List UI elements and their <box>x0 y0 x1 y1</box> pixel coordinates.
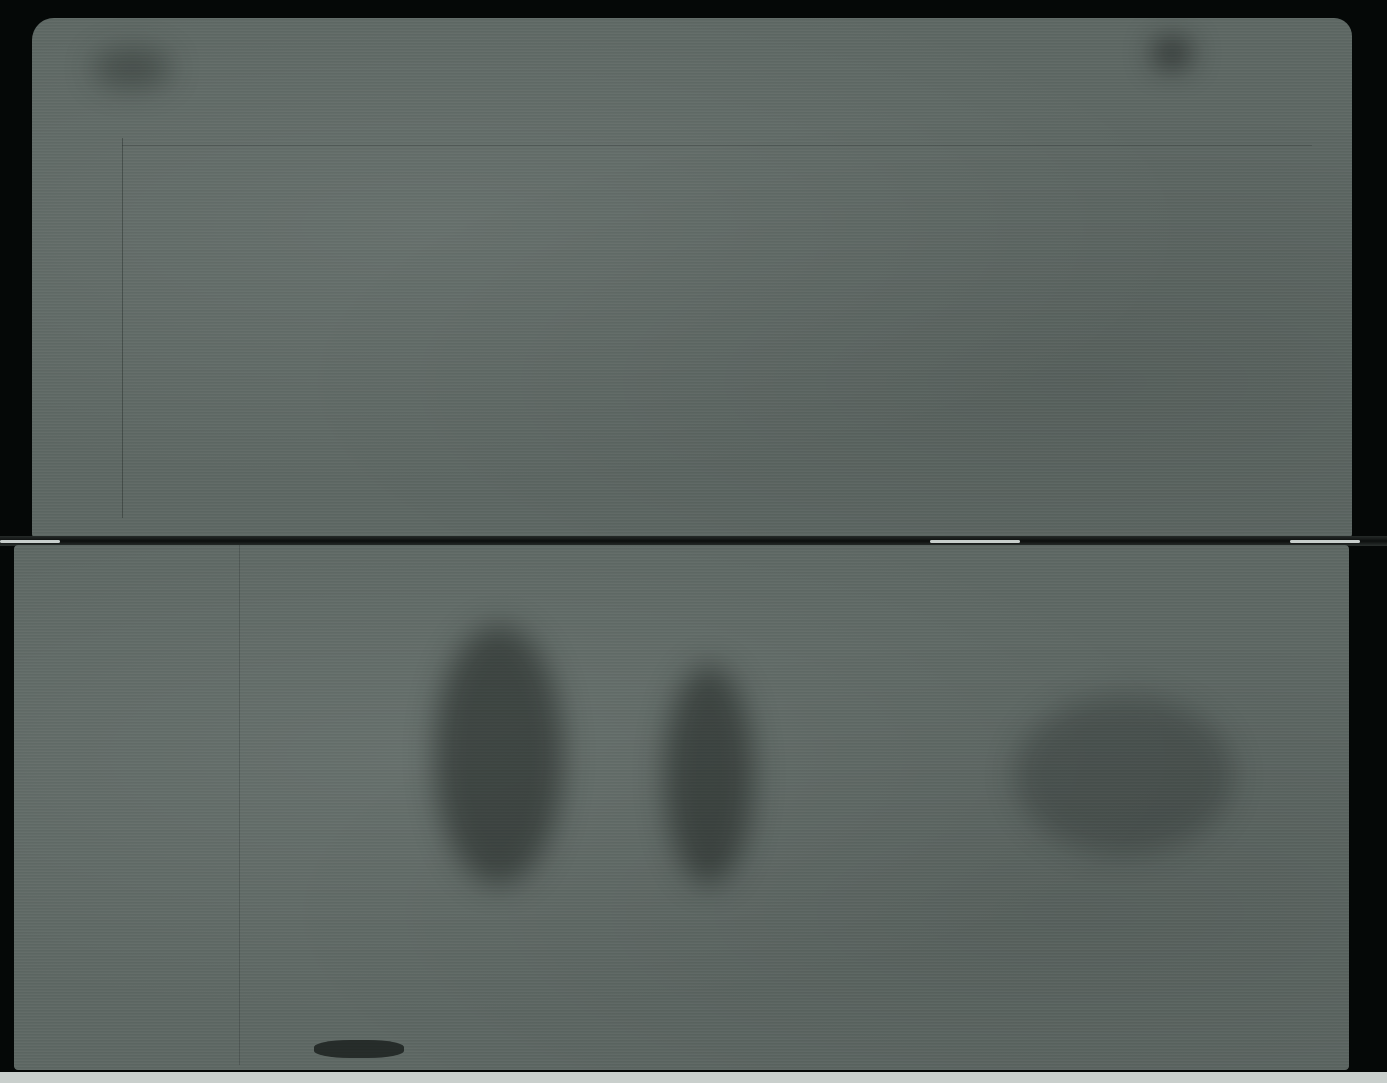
ink-blot <box>1152 38 1192 68</box>
first-line-text <box>0 0 1 1</box>
fold-highlight <box>0 540 60 543</box>
ink-stain <box>92 48 172 88</box>
left-margin-rule <box>239 545 240 1065</box>
photo-border <box>0 1072 1387 1083</box>
left-margin-rule <box>122 138 123 518</box>
water-stain <box>434 625 564 885</box>
fold-highlight <box>930 540 1020 543</box>
heading-text <box>0 0 1 1</box>
manuscript-bottom-panel <box>14 545 1349 1070</box>
water-stain <box>664 665 754 885</box>
manuscript-top-panel <box>32 18 1352 538</box>
edge-damage <box>314 1040 404 1058</box>
fold-highlight <box>1290 540 1360 543</box>
ruled-line <box>122 145 1312 146</box>
faded-area <box>1014 695 1234 855</box>
